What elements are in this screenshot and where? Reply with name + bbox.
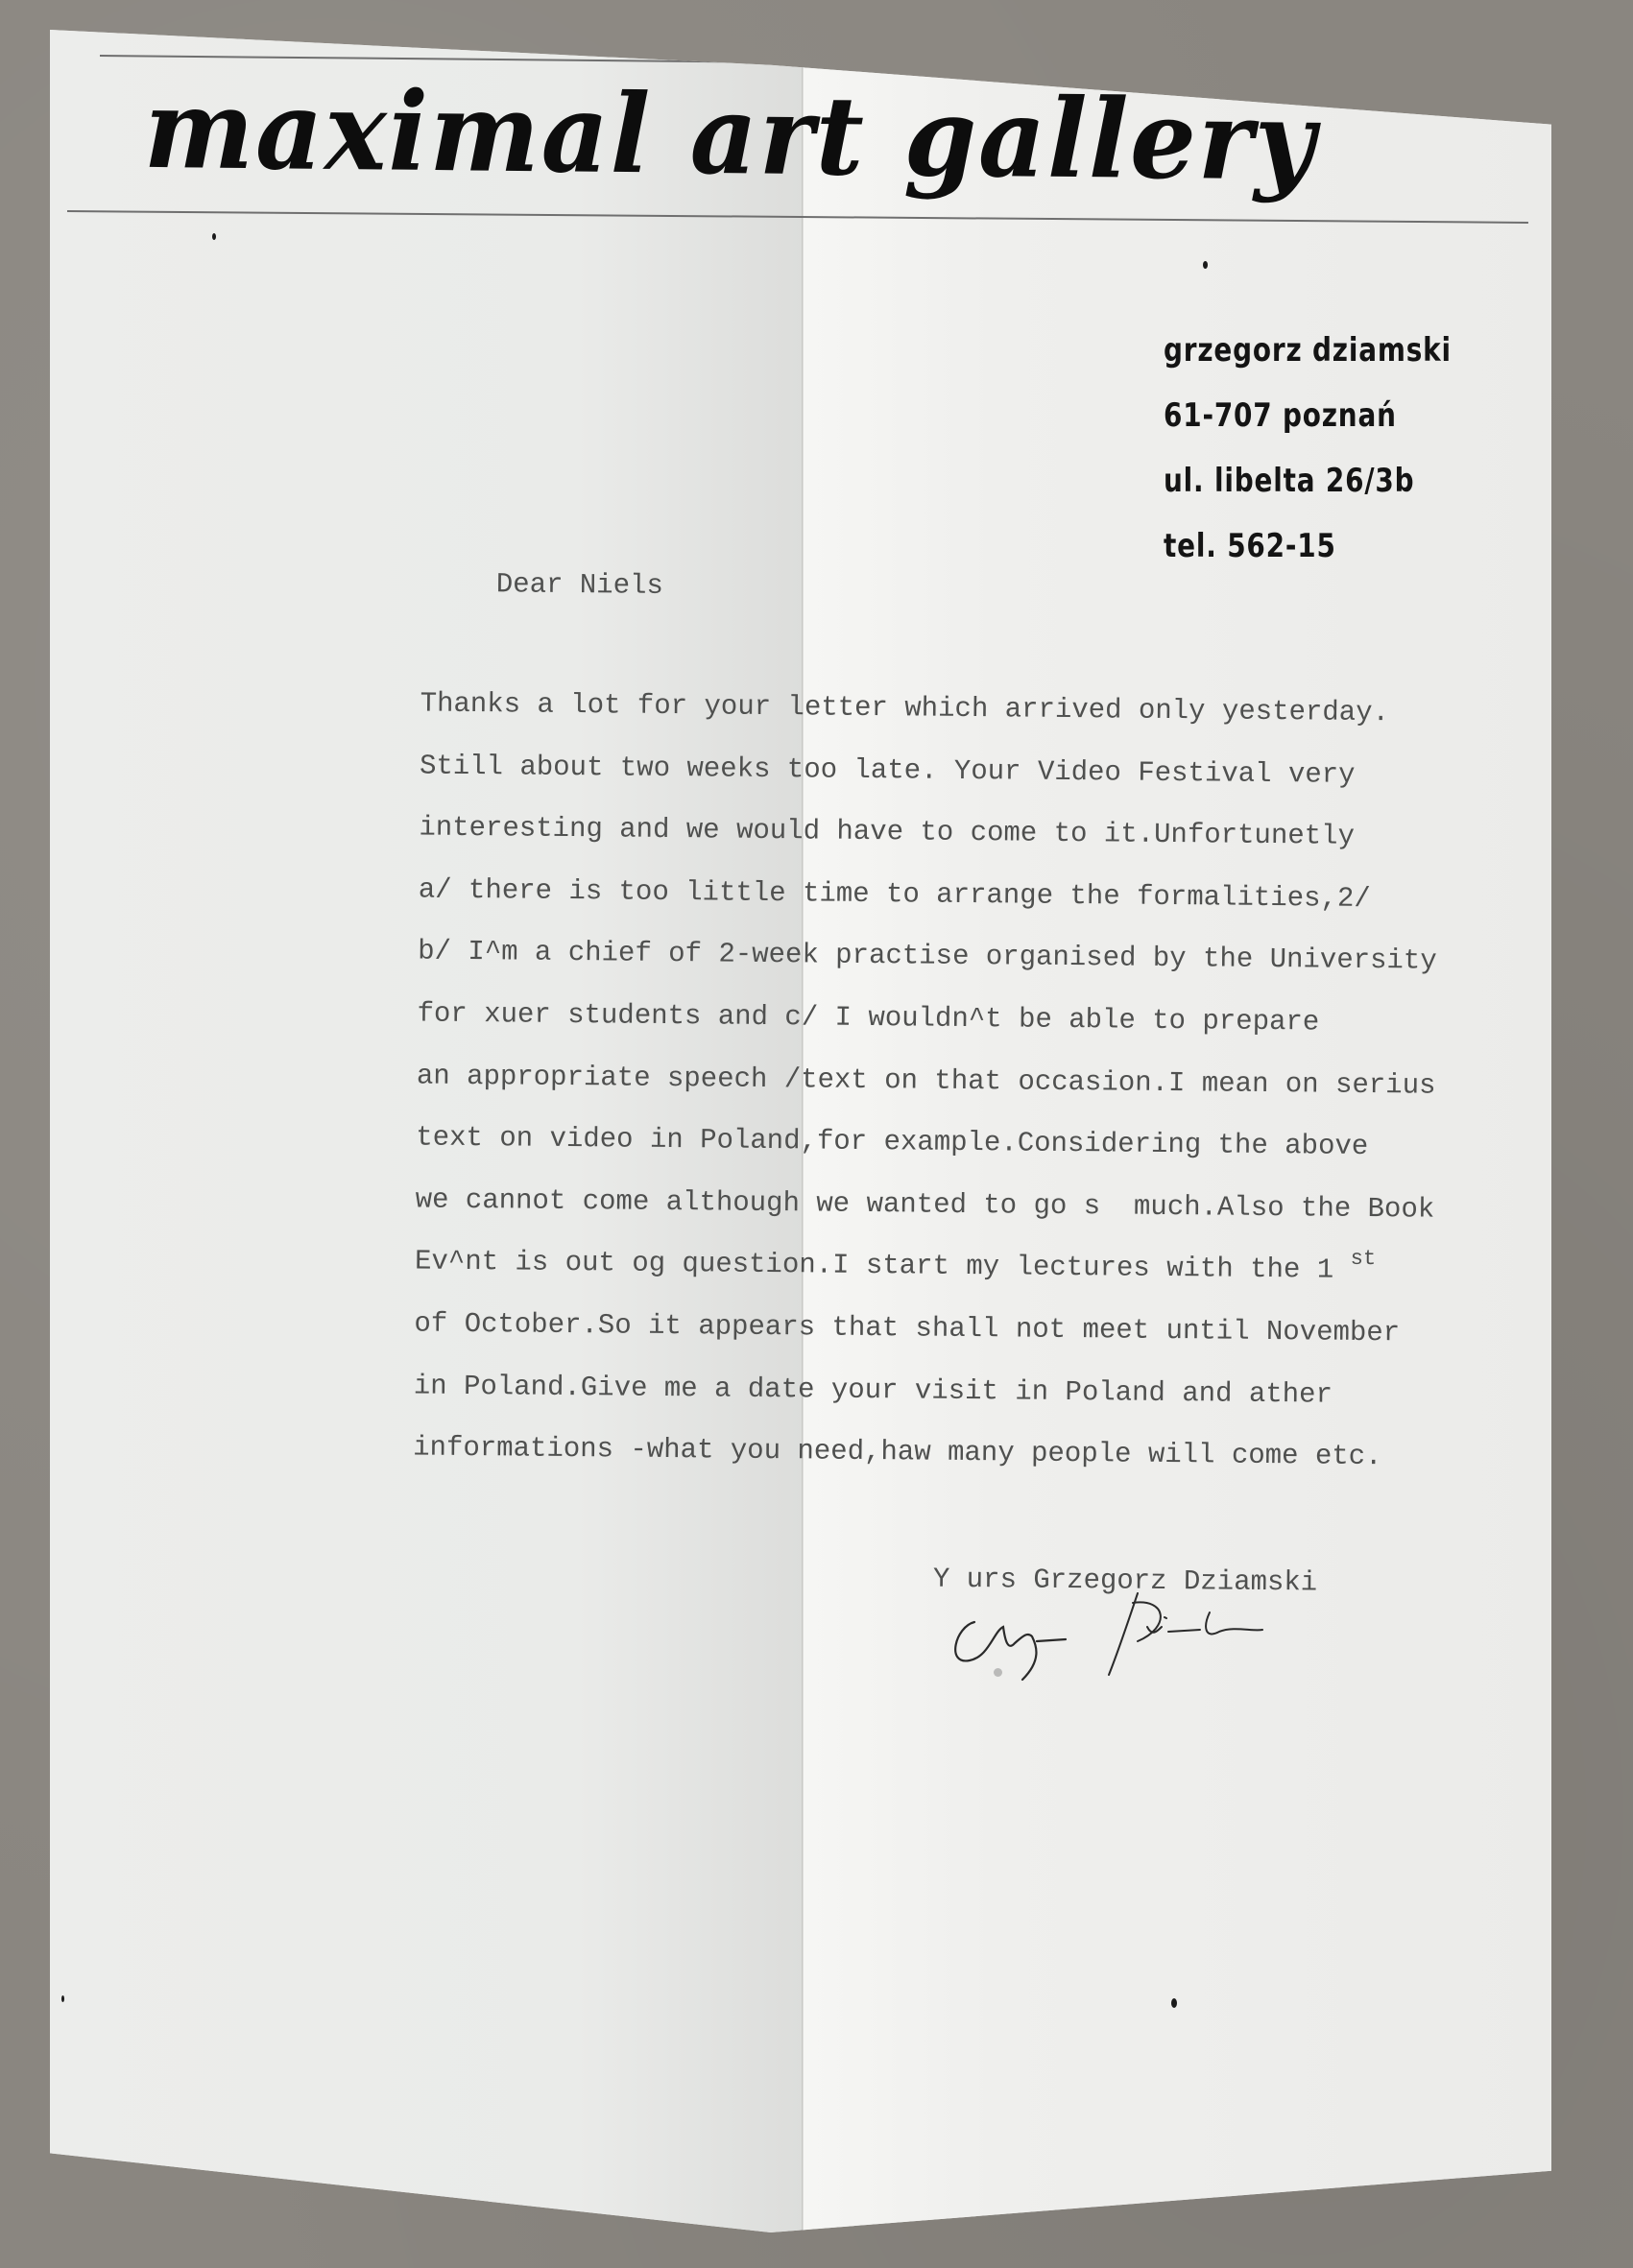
masthead-word: gallery: [903, 74, 1317, 205]
address-telephone: tel. 562-15: [1164, 513, 1452, 579]
ink-speck: [212, 233, 216, 240]
body-line: for xuer students and c/ I wouldn^t be a…: [417, 983, 1436, 1055]
ink-speck: [61, 1995, 64, 2002]
body-line: Thanks a lot for your letter which arriv…: [420, 673, 1439, 745]
body-line: an appropriate speech /text on that occa…: [417, 1045, 1436, 1117]
body-line: Still about two weeks too late. Your Vid…: [420, 735, 1439, 807]
body-line-with-ordinal: Ev^nt is out og question.I start my lect…: [415, 1231, 1434, 1303]
paper-blemish: [994, 1668, 1002, 1677]
ink-speck: [1203, 261, 1208, 269]
sender-address-block: grzegorz dziamski 61-707 poznań ul. libe…: [1164, 318, 1452, 579]
address-name: grzegorz dziamski: [1164, 318, 1452, 383]
body-line: b/ I^m a chief of 2-week practise organi…: [418, 921, 1437, 993]
body-line: informations -what you need,haw many peo…: [413, 1418, 1432, 1490]
masthead-word: maximal: [143, 66, 652, 199]
body-line: we cannot come although we wanted to go …: [415, 1169, 1434, 1241]
letter-body: Thanks a lot for your letter which arriv…: [413, 673, 1440, 1489]
body-line-text: Ev^nt is out og question.I start my lect…: [415, 1246, 1333, 1286]
gallery-name-masthead: maximalartgallery: [143, 75, 1356, 197]
address-postcode-city: 61-707 poznań: [1164, 383, 1452, 448]
body-line: text on video in Poland,for example.Cons…: [416, 1108, 1435, 1180]
letter-sheet: maximalartgallery grzegorz dziamski 61-7…: [50, 30, 1551, 2232]
body-line: a/ there is too little time to arrange t…: [418, 859, 1437, 931]
ordinal-superscript: st: [1351, 1247, 1377, 1271]
address-street: ul. libelta 26/3b: [1164, 448, 1452, 513]
body-line: interesting and we would have to come to…: [419, 798, 1438, 870]
body-line: in Poland.Give me a date your visit in P…: [414, 1355, 1433, 1427]
body-line: of October.So it appears that shall not …: [414, 1293, 1433, 1365]
masthead-word: art: [689, 72, 866, 201]
salutation: Dear Niels: [496, 568, 663, 602]
ink-speck: [1171, 1998, 1177, 2008]
